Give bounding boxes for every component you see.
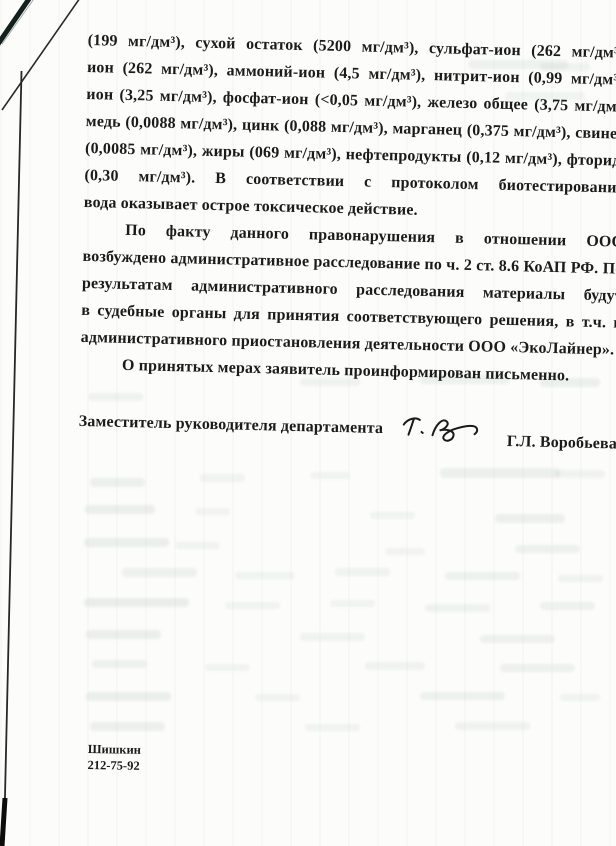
bleedthrough-mark [370, 512, 415, 519]
page-corner-line [2, 0, 80, 110]
bleedthrough-mark [86, 630, 161, 639]
bleedthrough-mark [305, 724, 360, 731]
bleedthrough-mark [84, 538, 169, 547]
bleedthrough-mark [555, 470, 605, 478]
bleedthrough-mark [385, 548, 425, 555]
bleedthrough-mark [365, 662, 425, 670]
bleedthrough-mark [92, 660, 147, 668]
document-body-text: (199 мг/дм³), сухой остаток (5200 мг/дм³… [78, 27, 616, 458]
bleedthrough-mark [455, 722, 530, 730]
bleedthrough-mark [86, 692, 171, 701]
bleedthrough-mark [480, 635, 555, 643]
bleedthrough-mark [84, 598, 189, 607]
bleedthrough-mark [330, 600, 375, 607]
bleedthrough-mark [235, 572, 295, 579]
executor-name: Шишкин [88, 741, 141, 758]
signature-block: Заместитель руководителя департамента Г.… [78, 408, 616, 458]
corner-fold-echo-line [2, 0, 36, 44]
bleedthrough-mark [225, 602, 280, 609]
bleedthrough-mark [515, 545, 580, 553]
bleedthrough-mark [420, 692, 505, 700]
bleedthrough-mark [90, 722, 165, 731]
executor-footer: Шишкин 212-75-92 [87, 741, 141, 774]
page-left-edge-line [4, 71, 22, 840]
scanned-document-page: { "doc": { "lines": [ "(199 мг/дм³), сух… [0, 0, 616, 846]
bleedthrough-mark [195, 508, 230, 515]
bleedthrough-mark [445, 572, 520, 580]
bleedthrough-mark [255, 694, 300, 701]
bleedthrough-mark [175, 542, 220, 549]
bleedthrough-mark [85, 505, 155, 514]
bleedthrough-mark [425, 604, 490, 612]
bleedthrough-mark [335, 568, 390, 576]
bleedthrough-mark [558, 575, 603, 582]
bleedthrough-mark [90, 478, 145, 487]
bleedthrough-mark [300, 633, 365, 641]
bleedthrough-mark [500, 664, 575, 672]
signatory-role: Заместитель руководителя департамента [78, 408, 383, 442]
bleedthrough-mark [205, 664, 250, 671]
bleedthrough-mark [495, 514, 565, 523]
handwritten-signature-icon [397, 407, 482, 453]
bleedthrough-mark [560, 694, 600, 701]
bleedthrough-mark [200, 474, 245, 482]
corner-fold-line [0, 0, 31, 47]
bleedthrough-mark [310, 472, 350, 479]
bleedthrough-mark [122, 568, 197, 577]
signatory-name: Г.Л. Воробьева [507, 428, 616, 458]
bleedthrough-mark [540, 602, 595, 610]
executor-phone: 212-75-92 [87, 757, 140, 774]
bleedthrough-mark [440, 468, 560, 478]
page-left-edge-shadow [2, 798, 5, 846]
